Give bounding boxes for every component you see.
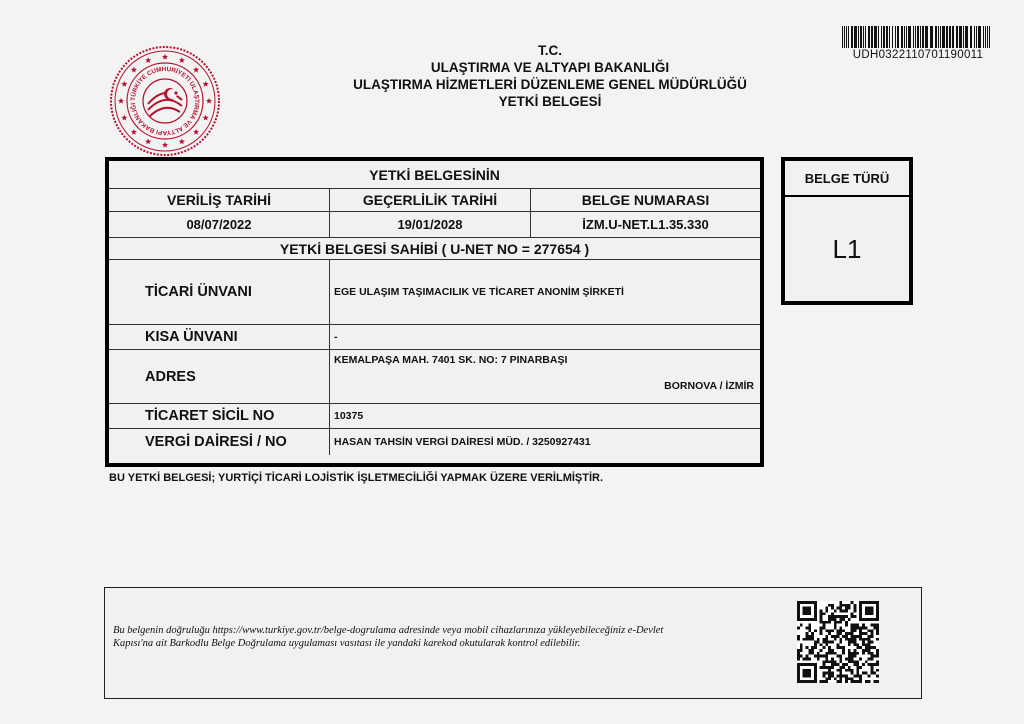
short-name-label: KISA ÜNVANI — [109, 325, 329, 349]
barcode-number: UDH0322110701190011 — [842, 49, 994, 61]
column-validity-date: GEÇERLİLİK TARİHİ — [329, 189, 530, 211]
table-value-row: 08/07/2022 19/01/2028 İZM.U-NET.L1.35.33… — [109, 212, 760, 238]
authorization-table: YETKİ BELGESİNİN VERİLİŞ TARİHİ GEÇERLİL… — [105, 157, 764, 467]
table-title: YETKİ BELGESİNİN — [109, 161, 760, 188]
document-header: T.C. ULAŞTIRMA VE ALTYAPI BAKANLIĞI ULAŞ… — [300, 42, 800, 110]
trade-registry-label: TİCARET SİCİL NO — [109, 404, 329, 428]
document-type-value: L1 — [785, 197, 909, 301]
table-row: TİCARİ ÜNVANI EGE ULAŞIM TAŞIMACILIK VE … — [109, 260, 760, 325]
document-type-box: BELGE TÜRÜ L1 — [781, 157, 913, 305]
validity-date: 19/01/2028 — [329, 212, 530, 237]
table-header-row: VERİLİŞ TARİHİ GEÇERLİLİK TARİHİ BELGE N… — [109, 189, 760, 212]
header-document-title: YETKİ BELGESİ — [300, 93, 800, 110]
trade-name-value: EGE ULAŞIM TAŞIMACILIK VE TİCARET ANONİM… — [329, 260, 760, 324]
header-directorate: ULAŞTIRMA HİZMETLERİ DÜZENLEME GENEL MÜD… — [300, 76, 800, 93]
address-line-2: BORNOVA / İZMİR — [664, 380, 754, 392]
verification-text: Bu belgenin doğruluğu https://www.turkiy… — [113, 624, 773, 650]
owner-header-row: YETKİ BELGESİ SAHİBİ ( U-NET NO = 277654… — [109, 238, 760, 260]
address-value: KEMALPAŞA MAH. 7401 SK. NO: 7 PINARBAŞI … — [329, 350, 760, 403]
header-ministry: ULAŞTIRMA VE ALTYAPI BAKANLIĞI — [300, 59, 800, 76]
verification-box: Bu belgenin doğruluğu https://www.turkiy… — [104, 587, 922, 699]
trade-name-label: TİCARİ ÜNVANI — [109, 260, 329, 324]
trade-registry-value: 10375 — [329, 404, 760, 428]
authorization-note: BU YETKİ BELGESİ; YURTİÇİ TİCARİ LOJİSTİ… — [109, 472, 603, 484]
ministry-seal-icon: TÜRKİYE CUMHURİYETİ ULAŞTIRMA VE ALTYAPI… — [108, 44, 222, 158]
short-name-value: - — [329, 325, 760, 349]
table-row: KISA ÜNVANI - — [109, 325, 760, 350]
column-document-number: BELGE NUMARASI — [530, 189, 760, 211]
verification-line-2: Kapısı'na ait Barkodlu Belge Doğrulama u… — [113, 637, 773, 650]
barcode-icon — [842, 26, 994, 48]
table-row: VERGİ DAİRESİ / NO HASAN TAHSİN VERGİ DA… — [109, 429, 760, 455]
address-label: ADRES — [109, 350, 329, 403]
tax-office-label: VERGİ DAİRESİ / NO — [109, 429, 329, 455]
column-issue-date: VERİLİŞ TARİHİ — [109, 189, 329, 211]
table-title-row: YETKİ BELGESİNİN — [109, 161, 760, 189]
barcode: UDH0322110701190011 — [842, 26, 994, 61]
qr-code-icon[interactable] — [797, 601, 879, 683]
issue-date: 08/07/2022 — [109, 212, 329, 237]
verification-line-1: Bu belgenin doğruluğu https://www.turkiy… — [113, 624, 773, 637]
tax-office-value: HASAN TAHSİN VERGİ DAİRESİ MÜD. / 325092… — [329, 429, 760, 455]
document-number: İZM.U-NET.L1.35.330 — [530, 212, 760, 237]
owner-header: YETKİ BELGESİ SAHİBİ ( U-NET NO = 277654… — [109, 238, 760, 259]
table-row: TİCARET SİCİL NO 10375 — [109, 404, 760, 429]
header-tc: T.C. — [300, 42, 800, 59]
table-row: ADRES KEMALPAŞA MAH. 7401 SK. NO: 7 PINA… — [109, 350, 760, 404]
address-line-1: KEMALPAŞA MAH. 7401 SK. NO: 7 PINARBAŞI — [334, 354, 567, 366]
document-type-label: BELGE TÜRÜ — [785, 161, 909, 197]
